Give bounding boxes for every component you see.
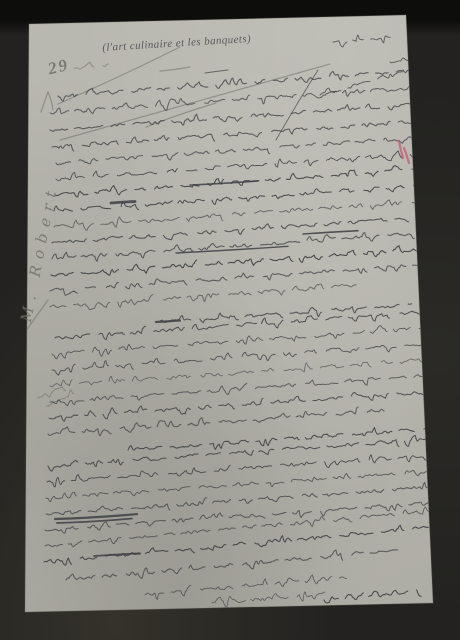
handwriting-stroke	[58, 70, 412, 101]
handwriting-stroke	[44, 525, 428, 565]
handwriting-stroke	[74, 62, 109, 69]
handwriting-stroke	[52, 343, 427, 375]
handwriting-stroke	[52, 217, 422, 243]
handwriting-stroke	[111, 202, 135, 203]
listing-photo: (l'art culinaire et les banquets) M. Rob…	[0, 0, 460, 640]
handwriting-stroke	[50, 375, 426, 406]
handwriting-stroke	[48, 92, 53, 110]
handwriting-stroke	[404, 148, 409, 163]
handwriting-stroke	[56, 137, 417, 165]
handwriting-stroke	[190, 181, 258, 185]
handwriting-stroke	[55, 166, 419, 197]
handwriting-stroke	[128, 428, 426, 450]
handwriting-stroke	[50, 284, 356, 310]
handwriting-stroke	[46, 470, 427, 501]
handwriting-stroke	[54, 200, 421, 230]
handwriting-stroke	[46, 483, 427, 515]
handwriting-layer	[0, 0, 460, 640]
handwriting-stroke	[303, 231, 358, 234]
handwriting-stroke	[46, 390, 74, 406]
handwriting-stroke	[320, 58, 455, 95]
handwriting-stroke	[55, 307, 426, 339]
handwriting-stroke	[156, 321, 180, 322]
handwriting-stroke	[48, 407, 384, 436]
handwriting-stroke	[47, 455, 427, 487]
handwriting-stroke	[52, 233, 424, 262]
handwriting-stroke	[324, 590, 421, 603]
handwriting-stroke	[49, 392, 429, 421]
handwriting-stroke	[41, 92, 48, 112]
handwriting-stroke	[54, 185, 419, 211]
handwriting-stroke	[390, 50, 444, 63]
handwriting-stroke	[333, 35, 399, 47]
handwriting-stroke	[52, 121, 411, 151]
handwriting-stroke	[50, 265, 421, 295]
handwriting-stroke	[51, 246, 423, 276]
handwriting-stroke	[56, 151, 420, 181]
handwriting-stroke	[38, 387, 66, 398]
handwriting-stroke	[424, 37, 455, 42]
handwriting-stroke	[52, 324, 427, 359]
handwriting-stroke	[160, 67, 190, 71]
handwriting-stroke	[48, 436, 428, 472]
handwriting-stroke	[45, 507, 429, 547]
handwriting-stroke	[212, 592, 332, 607]
handwriting-stroke	[205, 70, 228, 73]
handwriting-stroke	[50, 358, 431, 386]
handwriting-stroke	[160, 304, 412, 323]
